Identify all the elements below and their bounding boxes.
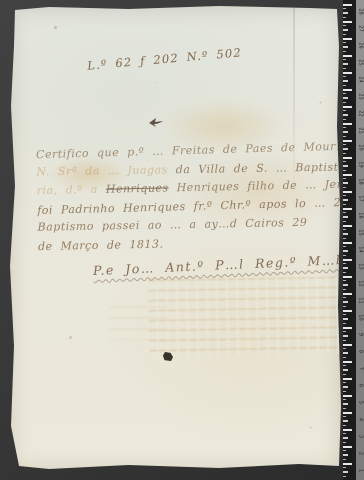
ruler-tick xyxy=(343,463,352,465)
ruler-tick xyxy=(343,437,348,439)
ruler-tick xyxy=(343,8,346,9)
ruler-tick xyxy=(343,450,346,451)
bleedthrough-text-shadow xyxy=(148,276,341,357)
ruler-tick xyxy=(343,165,348,167)
ruler-tick xyxy=(343,102,346,103)
ruler-tick xyxy=(343,85,346,86)
ruler-number: 6 xyxy=(358,382,363,390)
ruler-tick xyxy=(343,361,352,363)
ruler-number: 17 xyxy=(358,195,363,203)
foxing-spots xyxy=(54,26,57,29)
ruler-tick xyxy=(343,267,348,269)
ruler-tick xyxy=(343,420,348,422)
ruler-tick xyxy=(343,119,346,120)
ruler-tick xyxy=(343,306,346,307)
ruler-tick xyxy=(343,21,352,23)
ruler-tick xyxy=(343,225,352,227)
struck-word: Henriques xyxy=(106,181,169,195)
ruler-tick xyxy=(343,369,348,371)
ruler-tick xyxy=(343,72,352,74)
ruler-tick xyxy=(343,416,346,417)
ruler-tick xyxy=(343,429,352,431)
ruler-tick xyxy=(343,454,348,456)
ruler-tick xyxy=(343,263,346,264)
ruler-tick xyxy=(343,297,346,298)
ruler-tick xyxy=(343,191,352,193)
ruler-tick xyxy=(343,148,348,150)
ruler-tick xyxy=(343,259,352,261)
ruler-tick xyxy=(343,327,352,329)
ruler-tick xyxy=(343,161,346,162)
ruler-tick xyxy=(343,284,348,286)
measuring-ruler: 2827262524232221201918171615141312111098… xyxy=(343,0,364,480)
ruler-tick xyxy=(343,25,346,26)
ink-flourish-icon xyxy=(147,114,167,127)
ruler-number: 26 xyxy=(358,42,363,50)
ruler-tick xyxy=(343,29,348,31)
ruler-number: 2 xyxy=(358,450,363,458)
ruler-tick xyxy=(343,357,346,358)
ruler-tick xyxy=(343,386,348,388)
archive-reference: L.º 62 ƒ 202 N.º 502 xyxy=(87,45,243,72)
ruler-number: 11 xyxy=(358,297,363,305)
bleedthrough-text-shadow xyxy=(109,306,169,340)
ruler-number: 22 xyxy=(358,110,363,118)
ruler-tick xyxy=(343,280,346,281)
ruler-number: 7 xyxy=(358,365,363,373)
ruler-tick xyxy=(343,195,346,196)
ruler-tick xyxy=(343,276,352,278)
ruler-tick xyxy=(343,17,346,18)
ruler-number: 23 xyxy=(358,93,363,101)
ruler-tick xyxy=(343,153,346,154)
ruler-tick xyxy=(343,433,346,434)
ruler-number: 12 xyxy=(358,280,363,288)
ruler-tick xyxy=(343,12,348,14)
ruler-tick xyxy=(343,199,348,201)
ruler-tick xyxy=(343,208,352,210)
ruler-tick xyxy=(343,212,346,213)
ruler-tick xyxy=(343,323,346,324)
ruler-ticks xyxy=(343,0,356,480)
ruler-tick xyxy=(343,318,348,320)
ruler-tick xyxy=(343,314,346,315)
ruler-tick xyxy=(343,395,352,397)
ruler-tick xyxy=(343,331,346,332)
ruler-tick xyxy=(343,446,352,448)
ruler-tick xyxy=(343,340,346,341)
ruler-tick xyxy=(343,114,348,116)
ruler-tick xyxy=(343,97,348,99)
ruler-tick xyxy=(343,178,346,179)
ruler-number: 15 xyxy=(358,229,363,237)
ruler-tick xyxy=(343,335,348,337)
ruler-tick xyxy=(343,140,352,142)
ruler-tick xyxy=(343,471,348,473)
ruler-number: 4 xyxy=(358,416,363,424)
ruler-tick xyxy=(343,391,346,392)
ruler-tick xyxy=(343,442,346,443)
ruler-tick xyxy=(343,352,348,354)
ruler-tick xyxy=(343,399,346,400)
ruler-tick xyxy=(343,182,348,184)
ruler-tick xyxy=(343,242,352,244)
ruler-tick xyxy=(343,374,346,375)
ruler-number: 10 xyxy=(358,314,363,322)
ruler-tick xyxy=(343,89,352,91)
ruler-tick xyxy=(343,51,346,52)
ruler-tick xyxy=(343,408,346,409)
ruler-tick xyxy=(343,459,346,460)
ruler-tick xyxy=(343,144,346,145)
ruler-tick xyxy=(343,204,346,205)
ruler-number: 19 xyxy=(358,161,363,169)
ruler-number: 14 xyxy=(358,246,363,254)
ruler-tick xyxy=(343,80,348,82)
ruler-tick xyxy=(343,136,346,137)
ruler-tick xyxy=(343,157,352,159)
ruler-tick xyxy=(343,250,348,252)
ruler-tick xyxy=(343,127,346,128)
ruler-tick xyxy=(343,93,346,94)
manuscript-body: Certifico que p.º … Freitas de Paes de M… xyxy=(36,139,340,256)
ruler-number: 28 xyxy=(358,8,363,16)
ruler-tick xyxy=(343,344,352,346)
ruler-number: 24 xyxy=(358,76,363,84)
signature: P.e Jo… Ant.º P…l Reg.º M…ba xyxy=(93,253,323,278)
ruler-number: 16 xyxy=(358,212,363,220)
ruler-number: 27 xyxy=(358,25,363,33)
ruler-number: 25 xyxy=(358,59,363,67)
ruler-tick xyxy=(343,412,352,414)
ruler-tick xyxy=(343,293,352,295)
ruler-tick xyxy=(343,467,346,468)
ruler-tick xyxy=(343,187,346,188)
ruler-tick xyxy=(343,365,346,366)
ruler-number: 5 xyxy=(358,399,363,407)
ruler-tick xyxy=(343,255,346,256)
ruler-tick xyxy=(343,59,346,60)
ruler-tick xyxy=(343,106,352,108)
ruler-tick xyxy=(343,55,352,57)
ruler-tick xyxy=(343,46,348,48)
ruler-tick xyxy=(343,38,352,40)
ruler-tick xyxy=(343,170,346,171)
ruler-tick xyxy=(343,68,346,69)
document-paper: L.º 62 ƒ 202 N.º 502 Certifico que p.º …… xyxy=(9,6,341,471)
ruler-tick xyxy=(343,476,346,477)
photo-stage: L.º 62 ƒ 202 N.º 502 Certifico que p.º …… xyxy=(0,0,364,480)
ruler-tick xyxy=(343,76,346,77)
ruler-number: 18 xyxy=(358,178,363,186)
ruler-tick xyxy=(343,378,352,380)
ruler-tick xyxy=(343,34,346,35)
ruler-number: 9 xyxy=(358,331,363,339)
ruler-tick xyxy=(343,4,352,6)
ruler-tick xyxy=(343,301,348,303)
ruler-number: 20 xyxy=(358,144,363,152)
ruler-tick xyxy=(343,221,346,222)
ruler-tick xyxy=(343,174,352,176)
ruler-tick xyxy=(343,289,346,290)
ruler-tick xyxy=(343,216,348,218)
ruler-tick xyxy=(343,246,346,247)
ruler-tick xyxy=(343,382,346,383)
ruler-tick xyxy=(343,63,348,65)
ruler-tick xyxy=(343,110,346,111)
ruler-number: 21 xyxy=(358,127,363,135)
ruler-tick xyxy=(343,348,346,349)
ruler-tick xyxy=(343,310,352,312)
ruler-tick xyxy=(343,233,348,235)
ruler-number: 1 xyxy=(358,467,363,475)
ruler-number: 8 xyxy=(358,348,363,356)
ruler-number: 13 xyxy=(358,263,363,271)
ruler-tick xyxy=(343,238,346,239)
ruler-tick xyxy=(343,229,346,230)
ruler-number: 3 xyxy=(358,433,363,441)
ruler-tick xyxy=(343,131,348,133)
ruler-tick xyxy=(343,425,346,426)
ruler-tick xyxy=(343,42,346,43)
ruler-tick xyxy=(343,123,352,125)
ruler-numbers: 2827262524232221201918171615141312111098… xyxy=(356,0,364,480)
ruler-tick xyxy=(343,272,346,273)
ruler-tick xyxy=(343,403,348,405)
